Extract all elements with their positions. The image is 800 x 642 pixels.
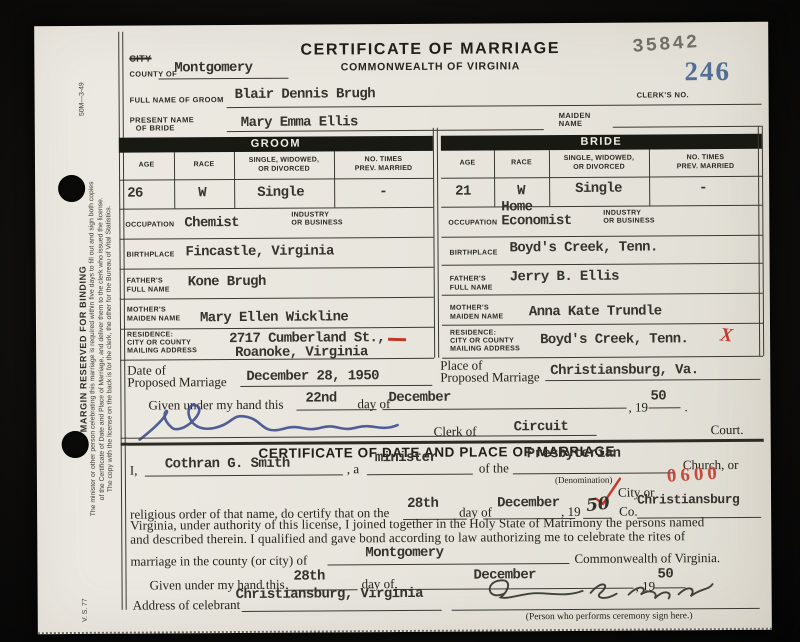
clerk-of-text: Clerk of [434,424,477,440]
maiden-name-label-2: NAME [559,119,583,128]
celebrant-given-day: 28th [293,568,324,584]
bride-residence-label-2: CITY OR COUNTY [450,337,514,344]
fee-stamp: 0600 [666,463,721,488]
document-title: CERTIFICATE OF MARRIAGE [280,40,580,60]
groom-age-header: AGE [119,161,174,168]
bride-father-underline [442,293,763,296]
groom-residence-label-2: CITY OR COUNTY [127,339,191,346]
margin-print-code: 50M—3-49 [70,56,88,116]
groom-residence-label-1: RESIDENCE: [127,331,173,338]
groom-race-header: RACE [174,161,234,168]
groom-status-header-2: OR DIVORCED [234,165,334,173]
bride-industry-label-2: OR BUSINESS [603,217,655,224]
red-x-mark: X [719,324,734,347]
bride-status-value: Single [575,181,622,197]
county-label: COUNTY OF [129,69,177,78]
bride-birthplace-underline [442,263,763,266]
date-proposed-value: December 28, 1950 [246,368,379,385]
cert-para-3: marriage in the county (or city) of [130,553,307,570]
bride-race-header: RACE [494,159,549,166]
bride-father-value: Jerry B. Ellis [510,269,619,286]
address-underline [242,610,442,612]
groom-birthplace-underline [120,267,434,270]
maiden-name-underline [613,126,762,128]
groom-mother-underline [120,327,434,330]
bride-industry-label-1: INDUSTRY [603,210,641,217]
groom-table-bottom [119,207,433,210]
groom-residence-label-3: MAILING ADDRESS [127,347,197,354]
place-proposed-value: Christiansburg, Va. [550,362,698,379]
groom-birthplace-value: Fincastle, Virginia [185,243,333,260]
bride-mother-label-1: MOTHER'S [450,304,489,311]
red-underline-mark [388,338,406,341]
groom-name-label: FULL NAME OF GROOM [130,95,224,105]
cert-i-text: I, [130,463,138,479]
groom-status-header-1: SINGLE, WIDOWED, [234,156,334,164]
bride-residence-value: Boyd's Creek, Tenn. [540,331,688,348]
date-proposed-label-2: Proposed Marriage [127,374,226,391]
groom-father-label-2: FULL NAME [127,286,170,293]
cert-month-value: December [497,495,560,511]
celebrant-name-value: Cothran G. Smith [165,456,290,473]
bride-birthplace-value: Boyd's Creek, Tenn. [509,239,657,256]
scanned-document-page: { "stamps": { "serial": "35842", "number… [0,0,800,642]
bride-table-bottom [441,205,762,208]
celebrant-role-value: minister [375,450,438,466]
cert-a-text: , a [347,461,359,477]
bride-father-label-1: FATHER'S [450,275,486,282]
address-of-celebrant-label: Address of celebrant [133,597,241,614]
groom-name-underline [227,104,762,108]
bride-status-header-2: OR DIVORCED [549,163,649,171]
groom-age-value: 26 [127,186,143,202]
sign-here-note: (Person who performs ceremony sign here.… [526,611,693,622]
celebrant-role-underline [367,474,473,476]
groom-occupation-value: Chemist [184,215,239,231]
bride-occupation-underline [441,235,762,238]
bride-times-value: - [699,180,707,196]
place-proposed-label-2: Proposed Marriage [440,369,539,386]
bride-birthplace-label: BIRTHPLACE [450,249,498,256]
cert-ofthe-text: of the [479,460,509,476]
bride-father-label-2: FULL NAME [450,284,493,291]
cert-county-value: Montgomery [365,545,443,561]
bride-status-header-1: SINGLE, WIDOWED, [549,154,649,162]
margin-form-code: V. S. 77 [73,562,91,622]
celebrant-city-value: Christiansburg, Virginia [236,586,423,603]
groom-birthplace-label: BIRTHPLACE [127,251,175,258]
place-proposed-underline [545,379,760,382]
page-number-stamp: 246 [684,56,731,87]
commonwealth-text: Commonwealth of Virginia. [574,550,720,567]
cert-city-value: Christiansburg [637,492,739,508]
county-value: Montgomery [174,60,252,76]
bride-residence-label-3: MAILING ADDRESS [450,345,520,352]
clerk-19-text: , 19 [628,400,648,416]
groom-mother-label-1: MOTHER'S [127,306,166,313]
groom-industry-label-2: OR BUSINESS [291,219,343,226]
bride-mother-label-2: MAIDEN NAME [450,313,504,320]
clerk-given-period: . [684,399,687,415]
right-edge-rule-inner [762,126,765,356]
clerk-year-underline [648,407,680,408]
document-subtitle: COMMONWEALTH OF VIRGINIA [280,60,580,74]
bride-occupation-label: OCCUPATION [448,219,497,226]
date-proposed-underline [240,385,432,387]
bride-age-header: AGE [441,159,494,166]
print-code-text: 50M—3-49 [78,82,85,116]
margin-binding-note: MARGIN RESERVED FOR BINDING The minister… [77,140,116,558]
groom-race-value: W [198,185,206,201]
bride-age-value: 21 [455,184,471,200]
groom-occupation-underline [119,237,433,240]
serial-number-stamp: 35842 [632,31,700,58]
city-label-struck: CITY [129,54,151,64]
groom-father-value: Kone Brugh [188,274,266,290]
celebrant-signature [479,572,717,611]
groom-mother-label-2: MAIDEN NAME [127,315,181,322]
bride-residence-underline [442,356,763,359]
bride-table-sep [441,176,762,179]
celebrant-name-underline [145,474,343,476]
bride-mother-value: Anna Kate Trundle [529,303,662,320]
center-divider-inner [437,128,440,358]
groom-occupation-label: OCCUPATION [125,221,174,228]
marriage-certificate-scan: 50M—3-49 MARGIN RESERVED FOR BINDING The… [34,22,772,634]
bride-mother-underline [442,323,763,326]
form-code-text: V. S. 77 [82,598,89,622]
groom-father-label-1: FATHER'S [127,277,163,284]
cert-day-value: 28th [407,496,438,512]
cert-county-underline [327,563,569,566]
groom-times-header-1: NO. TIMES [334,156,433,164]
court-text: Court. [711,422,744,438]
bride-section-header: BRIDE [441,134,762,151]
bride-name-value: Mary Emma Ellis [241,114,358,131]
clerks-no-label: CLERK'S NO. [637,90,689,99]
groom-father-underline [120,297,434,300]
bride-occupation-value-2: Economist [501,213,571,229]
county-underline [158,78,288,80]
bride-residence-label-1: RESIDENCE: [450,329,496,336]
groom-table-sep [119,178,433,181]
groom-times-value: - [379,184,387,200]
bride-name-label-2: OF BRIDE [136,123,175,132]
groom-status-value: Single [257,185,304,201]
bride-race-value: W [517,183,525,199]
bride-times-header-1: NO. TIMES [649,154,762,162]
groom-industry-label-1: INDUSTRY [291,211,329,218]
groom-section-header: GROOM [119,136,433,153]
groom-name-value: Blair Dennis Brugh [235,86,376,103]
bride-times-header-2: PREV. MARRIED [649,163,762,171]
groom-times-header-2: PREV. MARRIED [334,165,433,173]
clerk-given-year: 50 [650,388,666,404]
center-divider-outer [433,128,436,358]
cert-year-handwritten: 50 [585,494,611,516]
court-type-value: Circuit [514,419,569,435]
denomination-value: Presbyterian [527,446,621,463]
groom-mother-value: Mary Ellen Wickline [200,309,348,326]
